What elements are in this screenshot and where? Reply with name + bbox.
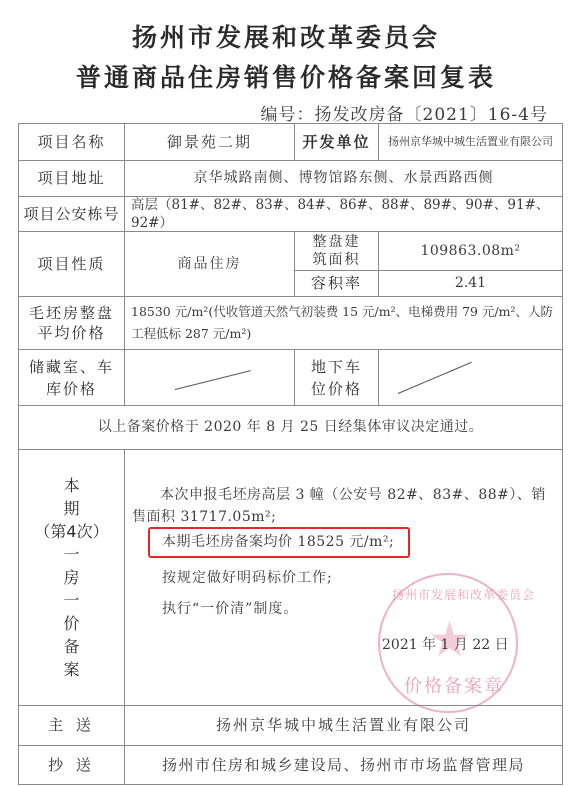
label-char: 一 (63, 543, 79, 566)
label-char: 一 (63, 589, 79, 612)
label-char: 价 (63, 612, 79, 635)
label-char: 本 (63, 474, 79, 497)
parking-price-label: 地下车位价格 (294, 349, 379, 406)
filing-paragraph-1: 本次申报毛坯房高层 3 幢（公安号 82#、83#、88#）、销售面积 3171… (132, 484, 558, 528)
storage-price-value (124, 349, 295, 406)
parking-price-value (378, 349, 563, 406)
project-nature-label: 项目性质 (18, 231, 125, 297)
avg-price-label: 毛坯房整盘平均价格 (18, 296, 125, 350)
total-area-label: 整盘建筑面积 (294, 231, 379, 271)
developer-value: 扬州京华城中城生活置业有限公司 (378, 123, 563, 161)
project-name-value: 御景苑二期 (124, 123, 295, 161)
document-number: 编号：扬发改房备〔2021〕16-4号 (261, 100, 548, 125)
seal-text-top: 扬州市发展和改革委员会 (392, 586, 535, 603)
cc-label: 抄 送 (18, 745, 125, 785)
plot-ratio-value: 2.41 (378, 270, 563, 297)
filing-paragraph-2: 本期毛坯房备案均价 18525 元/m²; (162, 531, 394, 553)
building-numbers-value: 高层（81#、82#、83#、84#、86#、88#、89#、90#、91#、9… (124, 196, 563, 232)
building-numbers-label: 项目公安栋号 (18, 196, 125, 232)
filing-paragraph-3: 按规定做好明码标价工作; (162, 567, 333, 589)
label-char: 案 (63, 658, 79, 681)
main-recipient-label: 主 送 (18, 705, 125, 746)
total-area-value: 109863.08m² (378, 231, 563, 271)
plot-ratio-label: 容积率 (294, 270, 379, 297)
developer-label: 开发单位 (294, 123, 379, 161)
address-value: 京华城路南侧、博物馆路东侧、水景西路西侧 (124, 160, 563, 197)
project-name-label: 项目名称 (18, 123, 125, 161)
approval-note: 以上备案价格于 2020 年 8 月 25 日经集体审议决定通过。 (18, 405, 563, 450)
current-filing-label: 本 期 （第4次） 一 房 一 价 备 案 (18, 449, 125, 706)
cc-value: 扬州市住房和城乡建设局、扬州市市场监督管理局 (124, 745, 563, 785)
filing-date: 2021 年 1 月 22 日 (382, 634, 509, 656)
filing-paragraph-4: 执行“一价清”制度。 (162, 598, 298, 620)
avg-price-value: 18530 元/m²(代收管道天然气初装费 15 元/m²、电梯费用 79 元/… (124, 296, 563, 350)
storage-price-label: 储藏室、车库价格 (18, 349, 125, 406)
seal-text-bottom: 价格备案章 (404, 672, 504, 698)
address-label: 项目地址 (18, 160, 125, 197)
title-line-1: 扬州市发展和改革委员会 (0, 18, 572, 54)
project-nature-value: 商品住房 (124, 231, 295, 297)
label-char: 备 (63, 635, 79, 658)
title-line-2: 普通商品住房销售价格备案回复表 (0, 58, 572, 94)
label-char: 房 (63, 566, 79, 589)
main-recipient-value: 扬州京华城中城生活置业有限公司 (124, 705, 563, 746)
label-char: 期 (63, 497, 79, 520)
label-char: （第4次） (34, 520, 108, 543)
